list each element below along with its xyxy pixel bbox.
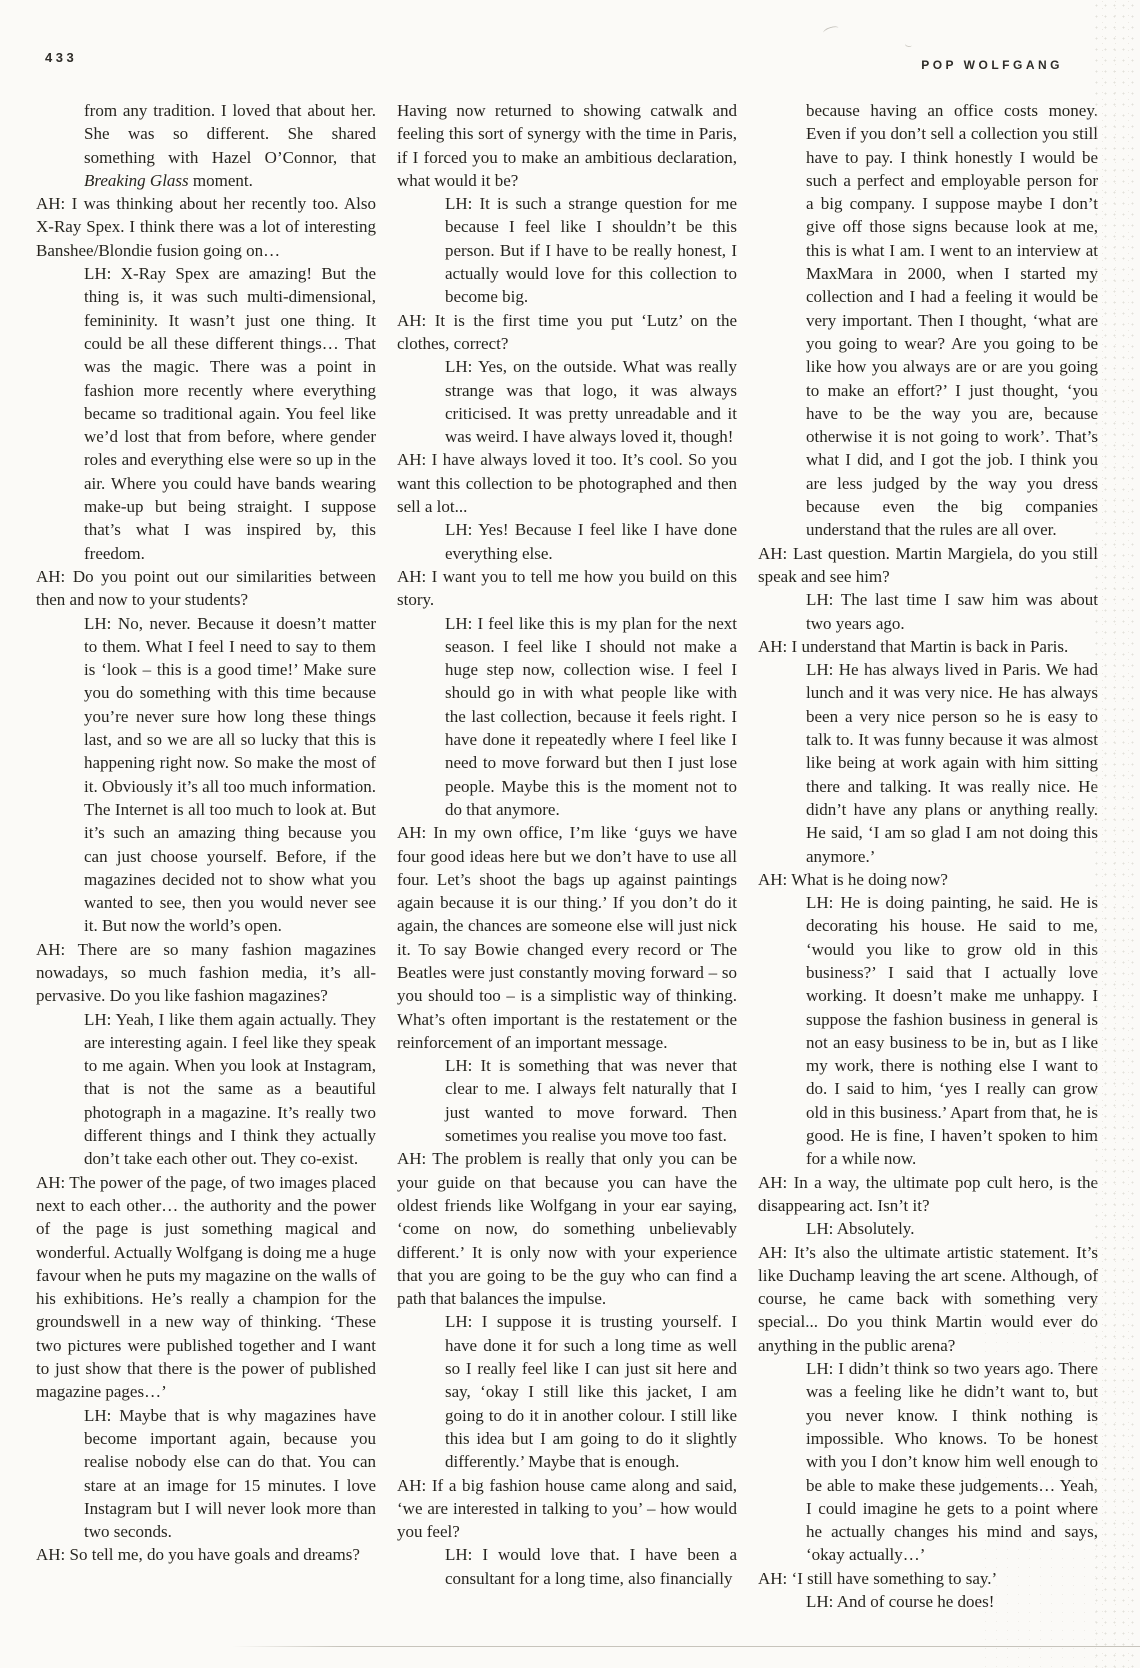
interview-paragraph: LH: Yeah, I like them again actually. Th… bbox=[36, 1008, 376, 1171]
interview-paragraph: AH: I understand that Martin is back in … bbox=[758, 635, 1098, 658]
magazine-page: { "page": { "number": "433", "running_ti… bbox=[0, 0, 1140, 1668]
paragraph-text: LH: I suppose it is trusting yourself. I… bbox=[445, 1312, 737, 1471]
paragraph-text: AH: I have always loved it too. It’s coo… bbox=[397, 450, 737, 516]
paragraph-text: AH: ‘I still have something to say.’ bbox=[758, 1569, 997, 1588]
interview-paragraph: AH: The problem is really that only you … bbox=[397, 1147, 737, 1310]
paragraph-text: LH: I feel like this is my plan for the … bbox=[445, 614, 737, 819]
interview-paragraph: LH: And of course he does! bbox=[758, 1590, 1098, 1613]
paragraph-text: LH: It is something that was never that … bbox=[445, 1056, 737, 1145]
paragraph-text: LH: Maybe that is why magazines have bec… bbox=[84, 1406, 376, 1541]
interview-paragraph: LH: The last time I saw him was about tw… bbox=[758, 588, 1098, 635]
interview-paragraph: AH: What is he doing now? bbox=[758, 868, 1098, 891]
interview-paragraph: AH: It is the first time you put ‘Lutz’ … bbox=[397, 309, 737, 356]
interview-paragraph: AH: It’s also the ultimate artistic stat… bbox=[758, 1241, 1098, 1357]
paragraph-text: LH: He has always lived in Paris. We had… bbox=[806, 660, 1098, 865]
interview-paragraph: LH: I suppose it is trusting yourself. I… bbox=[397, 1310, 737, 1473]
paragraph-text: LH: Yeah, I like them again actually. Th… bbox=[84, 1010, 376, 1169]
interview-paragraph: LH: Yes, on the outside. What was really… bbox=[397, 355, 737, 448]
interview-paragraph: AH: Do you point out our similarities be… bbox=[36, 565, 376, 612]
interview-paragraph: because having an office costs money. Ev… bbox=[758, 99, 1098, 542]
interview-paragraph: AH: I was thinking about her recently to… bbox=[36, 192, 376, 262]
text-column: Having now returned to showing catwalk a… bbox=[397, 99, 737, 1613]
paragraph-text: AH: There are so many fashion magazines … bbox=[36, 940, 376, 1006]
interview-paragraph: AH: In a way, the ultimate pop cult hero… bbox=[758, 1171, 1098, 1218]
paragraph-text: AH: In my own office, I’m like ‘guys we … bbox=[397, 823, 737, 1052]
paragraph-text: AH: Do you point out our similarities be… bbox=[36, 567, 376, 609]
paragraph-text: LH: No, never. Because it doesn’t matter… bbox=[84, 614, 376, 936]
paragraph-text: LH: I would love that. I have been a con… bbox=[445, 1545, 737, 1587]
bottom-page-rule bbox=[232, 1646, 1140, 1648]
paragraph-text: AH: It is the first time you put ‘Lutz’ … bbox=[397, 311, 737, 353]
interview-paragraph: AH: There are so many fashion magazines … bbox=[36, 938, 376, 1008]
paragraph-text: LH: X-Ray Spex are amazing! But the thin… bbox=[84, 264, 376, 563]
interview-paragraph: LH: It is such a strange question for me… bbox=[397, 192, 737, 308]
paragraph-text: AH: In a way, the ultimate pop cult hero… bbox=[758, 1173, 1098, 1215]
interview-paragraph: AH: Last question. Martin Margiela, do y… bbox=[758, 542, 1098, 589]
interview-paragraph: LH: I would love that. I have been a con… bbox=[397, 1543, 737, 1590]
text-column: because having an office costs money. Ev… bbox=[758, 99, 1098, 1613]
paragraph-text: LH: Absolutely. bbox=[806, 1219, 914, 1238]
interview-paragraph: LH: I didn’t think so two years ago. The… bbox=[758, 1357, 1098, 1567]
interview-paragraph: AH: In my own office, I’m like ‘guys we … bbox=[397, 821, 737, 1054]
interview-paragraph: LH: No, never. Because it doesn’t matter… bbox=[36, 612, 376, 938]
paragraph-text: LH: He is doing painting, he said. He is… bbox=[806, 893, 1098, 1168]
interview-paragraph: Having now returned to showing catwalk a… bbox=[397, 99, 737, 192]
paragraph-text: LH: It is such a strange question for me… bbox=[445, 194, 737, 306]
italic-title-text: Breaking Glass bbox=[84, 171, 189, 190]
interview-paragraph: LH: I feel like this is my plan for the … bbox=[397, 612, 737, 822]
interview-paragraph: AH: So tell me, do you have goals and dr… bbox=[36, 1543, 376, 1566]
paragraph-text: AH: Last question. Martin Margiela, do y… bbox=[758, 544, 1098, 586]
paragraph-text: LH: The last time I saw him was about tw… bbox=[806, 590, 1098, 632]
paragraph-text: LH: Yes! Because I feel like I have done… bbox=[445, 520, 737, 562]
interview-paragraph: AH: The power of the page, of two images… bbox=[36, 1171, 376, 1404]
paragraph-text: AH: What is he doing now? bbox=[758, 870, 948, 889]
interview-paragraph: AH: ‘I still have something to say.’ bbox=[758, 1567, 1098, 1590]
running-title: POP WOLFGANG bbox=[921, 58, 1063, 72]
text-column: from any tradition. I loved that about h… bbox=[36, 99, 376, 1613]
paragraph-text: because having an office costs money. Ev… bbox=[806, 101, 1098, 539]
paragraph-text: LH: Yes, on the outside. What was really… bbox=[445, 357, 737, 446]
page-number: 433 bbox=[45, 50, 77, 65]
paragraph-text: from any tradition. I loved that about h… bbox=[84, 101, 376, 167]
paragraph-text: AH: The power of the page, of two images… bbox=[36, 1173, 376, 1402]
paragraph-text: Having now returned to showing catwalk a… bbox=[397, 101, 737, 190]
paragraph-text: AH: I understand that Martin is back in … bbox=[758, 637, 1068, 656]
interview-paragraph: LH: X-Ray Spex are amazing! But the thin… bbox=[36, 262, 376, 565]
paragraph-text: LH: I didn’t think so two years ago. The… bbox=[806, 1359, 1098, 1564]
interview-paragraph: from any tradition. I loved that about h… bbox=[36, 99, 376, 192]
paragraph-text: LH: And of course he does! bbox=[806, 1592, 994, 1611]
interview-paragraph: LH: It is something that was never that … bbox=[397, 1054, 737, 1147]
interview-paragraph: AH: I want you to tell me how you build … bbox=[397, 565, 737, 612]
interview-paragraph: LH: Absolutely. bbox=[758, 1217, 1098, 1240]
paper-scuff-mark bbox=[905, 41, 913, 47]
text-columns: from any tradition. I loved that about h… bbox=[36, 99, 1097, 1613]
paragraph-text: moment. bbox=[189, 171, 253, 190]
interview-paragraph: LH: He has always lived in Paris. We had… bbox=[758, 658, 1098, 868]
interview-paragraph: AH: I have always loved it too. It’s coo… bbox=[397, 448, 737, 518]
paragraph-text: AH: I want you to tell me how you build … bbox=[397, 567, 737, 609]
paragraph-text: AH: I was thinking about her recently to… bbox=[36, 194, 376, 260]
paragraph-text: AH: So tell me, do you have goals and dr… bbox=[36, 1545, 360, 1564]
interview-paragraph: LH: Maybe that is why magazines have bec… bbox=[36, 1404, 376, 1544]
paragraph-text: AH: The problem is really that only you … bbox=[397, 1149, 737, 1308]
paper-grain-texture bbox=[1092, 0, 1140, 1668]
paper-scuff-mark bbox=[822, 25, 839, 37]
interview-paragraph: LH: Yes! Because I feel like I have done… bbox=[397, 518, 737, 565]
paragraph-text: AH: If a big fashion house came along an… bbox=[397, 1476, 737, 1542]
interview-paragraph: LH: He is doing painting, he said. He is… bbox=[758, 891, 1098, 1171]
paragraph-text: AH: It’s also the ultimate artistic stat… bbox=[758, 1243, 1098, 1355]
interview-paragraph: AH: If a big fashion house came along an… bbox=[397, 1474, 737, 1544]
